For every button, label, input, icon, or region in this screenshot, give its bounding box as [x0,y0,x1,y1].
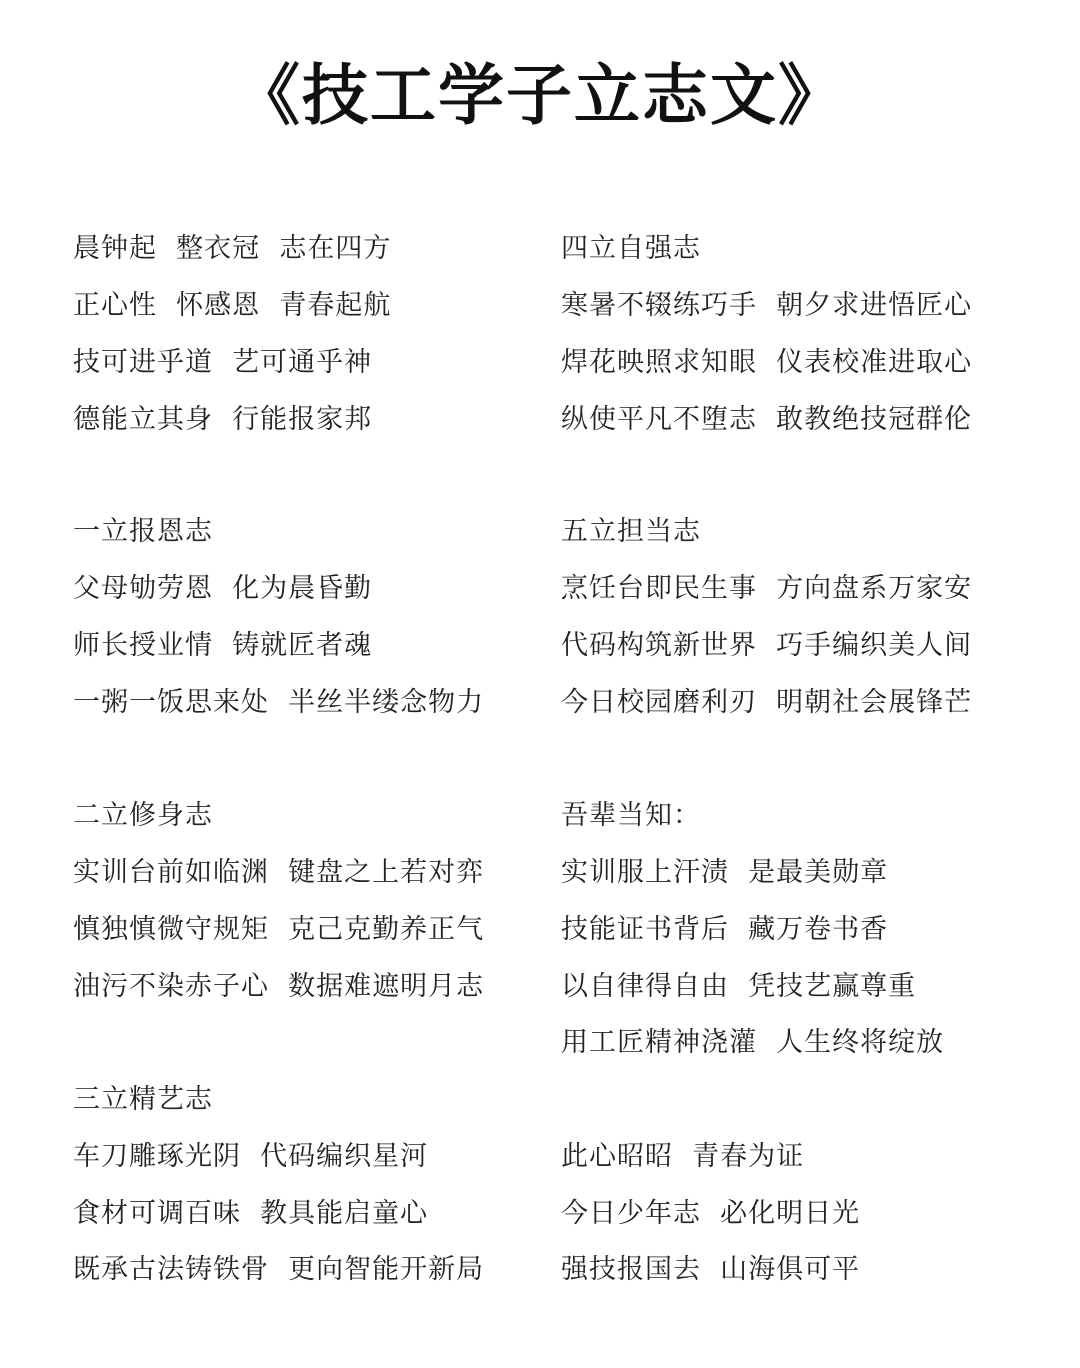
verse-line: 以自律得自由 凭技艺赢尊重 [561,970,916,1004]
closing-line: 此心昭昭 青春为证 [561,1140,804,1174]
verse-line: 实训服上汗渍 是最美勋章 [561,856,888,890]
verse-line: 油污不染赤子心 数据难遮明月志 [73,970,484,1004]
closing-line: 今日少年志 必化明日光 [561,1197,860,1231]
section-heading: 一立报恩志 [73,515,213,549]
intro-line: 正心性 怀感恩 青春起航 [73,289,391,323]
document-title: 《技工学子立志文》 [0,52,1080,138]
verse-line: 技能证书背后 藏万卷书香 [561,913,888,947]
verse-line: 师长授业情 铸就匠者魂 [73,629,372,663]
section-heading: 吾辈当知： [561,799,701,833]
verse-line: 既承古法铸铁骨 更向智能开新局 [73,1253,484,1287]
verse-line: 车刀雕琢光阴 代码编织星河 [73,1140,428,1174]
verse-line: 父母劬劳恩 化为晨昏勤 [73,572,372,606]
verse-line: 一粥一饭思来处 半丝半缕念物力 [73,686,484,720]
intro-line: 技可进乎道 艺可通乎神 [73,346,372,380]
verse-line: 纵使平凡不堕志 敢教绝技冠群伦 [561,403,972,437]
verse-line: 寒暑不辍练巧手 朝夕求进悟匠心 [561,289,972,323]
intro-line: 德能立其身 行能报家邦 [73,403,372,437]
section-heading: 五立担当志 [561,515,701,549]
section-heading: 二立修身志 [73,799,213,833]
closing-line: 强技报国去 山海俱可平 [561,1253,860,1287]
verse-line: 慎独慎微守规矩 克己克勤养正气 [73,913,484,947]
verse-line: 今日校园磨利刃 明朝社会展锋芒 [561,686,972,720]
verse-line: 用工匠精神浇灌 人生终将绽放 [561,1026,944,1060]
section-heading: 四立自强志 [561,232,701,266]
section-heading: 三立精艺志 [73,1083,213,1117]
verse-line: 代码构筑新世界 巧手编织美人间 [561,629,972,663]
verse-line: 实训台前如临渊 键盘之上若对弈 [73,856,484,890]
intro-line: 晨钟起 整衣冠 志在四方 [73,232,391,266]
verse-line: 焊花映照求知眼 仪表校准进取心 [561,346,972,380]
verse-line: 烹饪台即民生事 方向盘系万家安 [561,572,972,606]
verse-line: 食材可调百味 教具能启童心 [73,1197,428,1231]
